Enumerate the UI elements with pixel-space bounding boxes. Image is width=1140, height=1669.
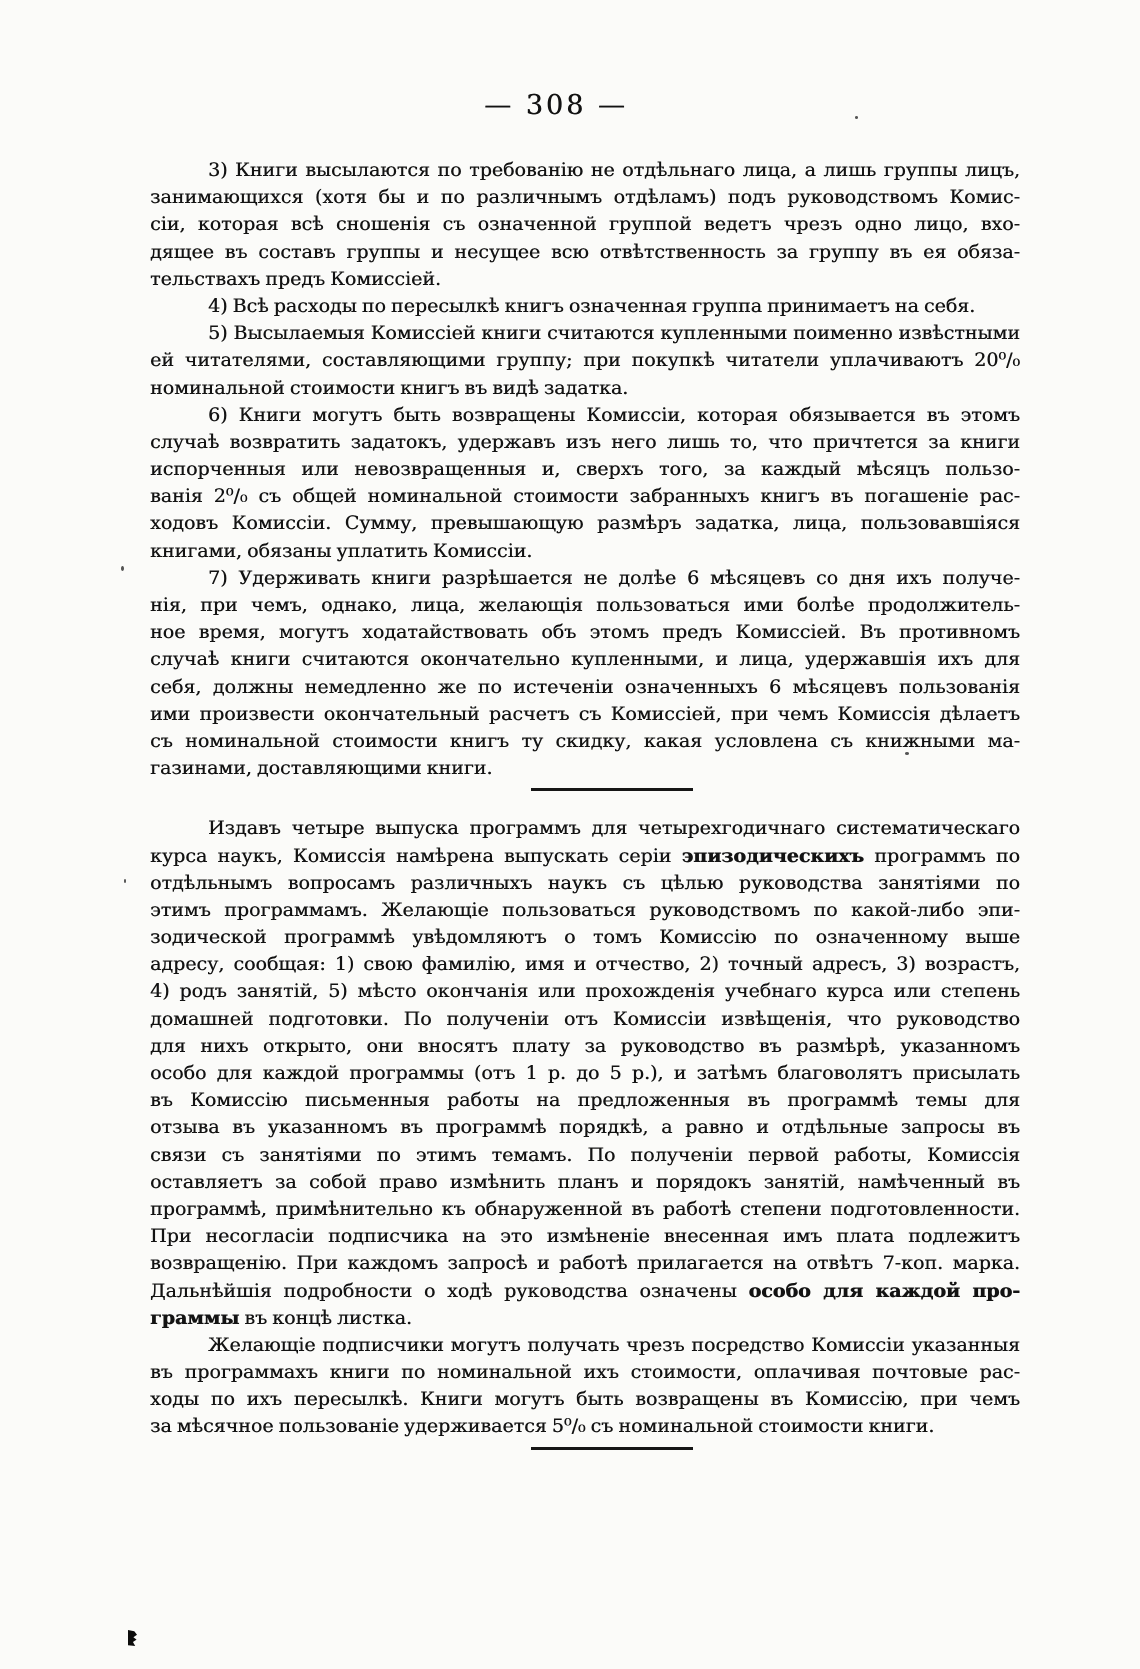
- ink-speck: [905, 752, 909, 755]
- text-segment: курса наукъ, Комиссія намѣрена выпускать…: [150, 845, 682, 867]
- text-line: себя, должны немедленно же по истеченіи …: [150, 674, 1020, 701]
- paragraph: Желающіе подписчики могутъ получать чрез…: [150, 1332, 1020, 1441]
- text-line: книгами, обязаны уплатить Комиссіи.: [150, 538, 1020, 565]
- paragraph: 4) Всѣ расходы по пересылкѣ книгъ означе…: [150, 293, 1020, 320]
- text-line: особо для каждой программы (отъ 1 р. до …: [150, 1060, 1020, 1087]
- text-line: граммы въ концѣ листка.: [150, 1305, 1020, 1332]
- text-line: возвращенію. При каждомъ запросѣ и работ…: [150, 1250, 1020, 1277]
- text-line: за мѣсячное пользованіе удерживается 5⁰/…: [150, 1413, 1020, 1440]
- text-line: газинами, доставляющими книги.: [150, 755, 1020, 782]
- text-line: зодической программѣ увѣдомляютъ о томъ …: [150, 924, 1020, 951]
- paragraph: 5) Высылаемыя Комиссіей книги считаются …: [150, 320, 1020, 402]
- text-line: отзыва въ указанномъ въ программѣ порядк…: [150, 1114, 1020, 1141]
- ink-speck: [124, 879, 126, 883]
- text-line: Издавъ четыре выпуска программъ для четы…: [150, 815, 1020, 842]
- text-line: сіи, которая всѣ сношенія съ означенной …: [150, 211, 1020, 238]
- bold-text: особо для каждой про-: [748, 1280, 1020, 1302]
- text-line: занимающихся (хотя бы и по различнымъ от…: [150, 184, 1020, 211]
- text-line: въ Комиссію письменныя работы на предлож…: [150, 1087, 1020, 1114]
- paragraph: Издавъ четыре выпуска программъ для четы…: [150, 815, 1020, 1332]
- ink-smudge: [128, 1630, 137, 1646]
- text-line: случаѣ возвратить задатокъ, удержавъ изъ…: [150, 429, 1020, 456]
- text-line: для нихъ открыто, они вносятъ плату за р…: [150, 1033, 1020, 1060]
- text-line: 3) Книги высылаются по требованію не отд…: [150, 157, 1020, 184]
- text-line: тельствахъ предъ Комиссіей.: [150, 266, 1020, 293]
- text-line: 4) Всѣ расходы по пересылкѣ книгъ означе…: [150, 293, 1020, 320]
- paragraph: 7) Удерживать книги разрѣшается не долѣе…: [150, 565, 1020, 783]
- text-line: испорченныя или невозвращенныя и, сверхъ…: [150, 456, 1020, 483]
- text-line: программѣ, примѣнительно къ обнаруженной…: [150, 1196, 1020, 1223]
- text-line: съ номинальной стоимости книгъ ту скидку…: [150, 728, 1020, 755]
- ink-speck: [121, 566, 124, 571]
- text-line: ходовъ Комиссіи. Сумму, превышающую разм…: [150, 510, 1020, 537]
- paragraph: 3) Книги высылаются по требованію не отд…: [150, 157, 1020, 293]
- section: Издавъ четыре выпуска программъ для четы…: [150, 815, 1020, 1440]
- text-line: дящее въ составъ группы и несущее всю от…: [150, 239, 1020, 266]
- text-line: ванія 2⁰/₀ съ общей номинальной стоимост…: [150, 483, 1020, 510]
- text-segment: Дальнѣйшія подробности о ходѣ руководств…: [150, 1280, 748, 1302]
- text-line: въ программахъ книги по номинальной ихъ …: [150, 1359, 1020, 1386]
- text-line: отдѣльнымъ вопросамъ различныхъ наукъ съ…: [150, 870, 1020, 897]
- text-line: При несогласіи подписчика на это измѣнен…: [150, 1223, 1020, 1250]
- text-line: Желающіе подписчики могутъ получать чрез…: [150, 1332, 1020, 1359]
- section-divider: [531, 1447, 693, 1450]
- text-line: случаѣ книги считаются окончательно купл…: [150, 646, 1020, 673]
- text-line: 7) Удерживать книги разрѣшается не долѣе…: [150, 565, 1020, 592]
- text-segment: программъ по: [864, 845, 1020, 867]
- text-segment: въ концѣ листка.: [239, 1307, 412, 1329]
- text-line: номинальной стоимости книгъ въ видѣ зада…: [150, 375, 1020, 402]
- text-line: Дальнѣйшія подробности о ходѣ руководств…: [150, 1278, 1020, 1305]
- section: 3) Книги высылаются по требованію не отд…: [150, 157, 1020, 782]
- text-line: оставляетъ за собой право измѣнить планъ…: [150, 1169, 1020, 1196]
- text-line: адресу, сообщая: 1) свою фамилію, имя и …: [150, 951, 1020, 978]
- text-line: ходы по ихъ пересылкѣ. Книги могутъ быть…: [150, 1386, 1020, 1413]
- text-line: ей читателями, составляющими группу; при…: [150, 347, 1020, 374]
- text-line: 6) Книги могутъ быть возвращены Комиссіи…: [150, 402, 1020, 429]
- paragraph: 6) Книги могутъ быть возвращены Комиссіи…: [150, 402, 1020, 565]
- text-line: 5) Высылаемыя Комиссіей книги считаются …: [150, 320, 1020, 347]
- scanned-book-page: — 308 — 3) Книги высылаются по требовані…: [0, 0, 1140, 1669]
- text-line: этимъ программамъ. Желающіе пользоваться…: [150, 897, 1020, 924]
- text-line: курса наукъ, Комиссія намѣрена выпускать…: [150, 843, 1020, 870]
- text-column: 3) Книги высылаются по требованію не отд…: [150, 157, 1020, 1474]
- section-divider: [531, 788, 693, 791]
- text-line: 4) родъ занятій, 5) мѣсто окончанія или …: [150, 978, 1020, 1005]
- bold-text: эпизодическихъ: [682, 845, 864, 867]
- text-line: домашней подготовки. По полученіи отъ Ко…: [150, 1006, 1020, 1033]
- text-line: нія, при чемъ, однако, лица, желающія по…: [150, 592, 1020, 619]
- page-number: — 308 —: [0, 90, 1126, 121]
- ink-speck: [855, 116, 858, 119]
- text-line: ими произвести окончательный расчетъ съ …: [150, 701, 1020, 728]
- text-line: ное время, могутъ ходатайствовать объ эт…: [150, 619, 1020, 646]
- bold-text: граммы: [150, 1307, 239, 1329]
- text-line: связи съ занятіями по этимъ темамъ. По п…: [150, 1142, 1020, 1169]
